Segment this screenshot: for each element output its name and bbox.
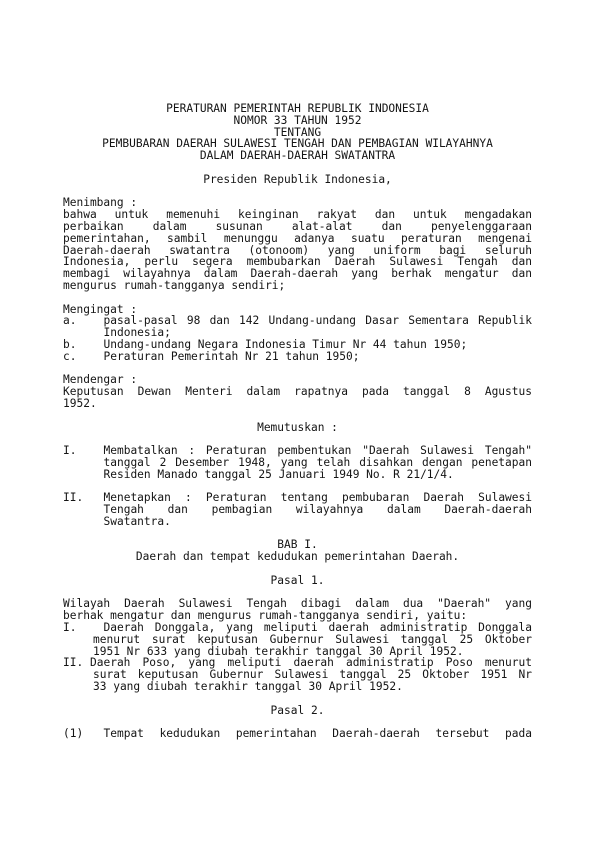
item-marker: a.	[63, 315, 76, 327]
spacer	[63, 410, 532, 422]
doc-line: tanggal 2 Desember 1948, yang telah disa…	[63, 457, 532, 469]
mengingat-item-a: a.pasal-pasal 98 dan 142 Undang-undang D…	[63, 315, 532, 339]
item-marker: (1)	[63, 728, 83, 740]
mengingat-item-b: b.Undang-undang Negara Indonesia Timur N…	[63, 339, 532, 351]
item-marker: I.	[63, 445, 76, 457]
doc-line: Keputusan Dewan Menteri dalam rapatnya p…	[63, 386, 532, 398]
doc-line	[63, 410, 532, 422]
document-page: PERATURAN PEMERINTAH REPUBLIK INDONESIAN…	[63, 103, 532, 740]
doc-line	[63, 693, 532, 705]
doc-line: Pasal 1.	[63, 575, 532, 587]
pasal1-item-2: II.Daerah Poso, yang meliputi daerah adm…	[63, 657, 532, 692]
pasal2-heading: Pasal 2.	[63, 705, 532, 717]
pasal1-item-1: I.Daerah Donggala, yang meliputi daerah …	[63, 622, 532, 657]
mengingat-item-c: c.Peraturan Pemerintah Nr 21 tahun 1950;	[63, 351, 532, 363]
title-block: PERATURAN PEMERINTAH REPUBLIK INDONESIAN…	[63, 103, 532, 162]
pasal1-heading: Pasal 1.	[63, 575, 532, 587]
memutuskan-heading: Memutuskan :	[63, 422, 532, 434]
memutuskan-item-1: I.Membatalkan : Peraturan pembentukan "D…	[63, 445, 532, 480]
menimbang-paragraph: bahwa untuk memenuhi keinginan rakyat da…	[63, 209, 532, 292]
doc-line: mengurus rumah-tangganya sendiri;	[63, 280, 532, 292]
doc-line: (1)Tempat kedudukan pemerintahan Daerah-…	[63, 728, 532, 740]
doc-line: 33 yang diubah terakhir tanggal 30 April…	[63, 681, 532, 693]
item-marker: I.	[63, 622, 76, 634]
pasal2-item-1: (1)Tempat kedudukan pemerintahan Daerah-…	[63, 728, 532, 740]
doc-line: pemerintahan, sambil menunggu adanya sua…	[63, 233, 532, 245]
doc-line: perbaikan dalam susunan alat-alat dan pe…	[63, 221, 532, 233]
doc-line: b.Undang-undang Negara Indonesia Timur N…	[63, 339, 532, 351]
pasal1-paragraph: Wilayah Daerah Sulawesi Tengah dibagi da…	[63, 598, 532, 622]
spacer	[63, 162, 532, 174]
memutuskan-item-2: II.Menetapkan : Peraturan tentang pembub…	[63, 492, 532, 527]
doc-line: NOMOR 33 TAHUN 1952	[63, 115, 532, 127]
item-marker: II.	[63, 492, 83, 504]
doc-line: 1952.	[63, 398, 532, 410]
doc-line: menurut surat keputusan Gubernur Sulawes…	[63, 634, 532, 646]
item-marker: b.	[63, 339, 76, 351]
spacer	[63, 693, 532, 705]
doc-line: Residen Manado tanggal 25 Januari 1949 N…	[63, 469, 532, 481]
doc-line: c.Peraturan Pemerintah Nr 21 tahun 1950;	[63, 351, 532, 363]
item-marker: II.	[63, 657, 83, 669]
mendengar-paragraph: Keputusan Dewan Menteri dalam rapatnya p…	[63, 386, 532, 410]
spacer	[63, 292, 532, 304]
doc-line	[63, 292, 532, 304]
bab1-heading: BAB I.Daerah dan tempat kedudukan pemeri…	[63, 539, 532, 563]
item-marker: c.	[63, 351, 76, 363]
doc-line: Swatantra.	[63, 516, 532, 528]
doc-line: Presiden Republik Indonesia,	[63, 174, 532, 186]
doc-line: Daerah dan tempat kedudukan pemerintahan…	[63, 551, 532, 563]
doc-line: Pasal 2.	[63, 705, 532, 717]
doc-line: Memutuskan :	[63, 422, 532, 434]
presiden-heading: Presiden Republik Indonesia,	[63, 174, 532, 186]
doc-line	[63, 162, 532, 174]
doc-line: DALAM DAERAH-DAERAH SWATANTRA	[63, 150, 532, 162]
